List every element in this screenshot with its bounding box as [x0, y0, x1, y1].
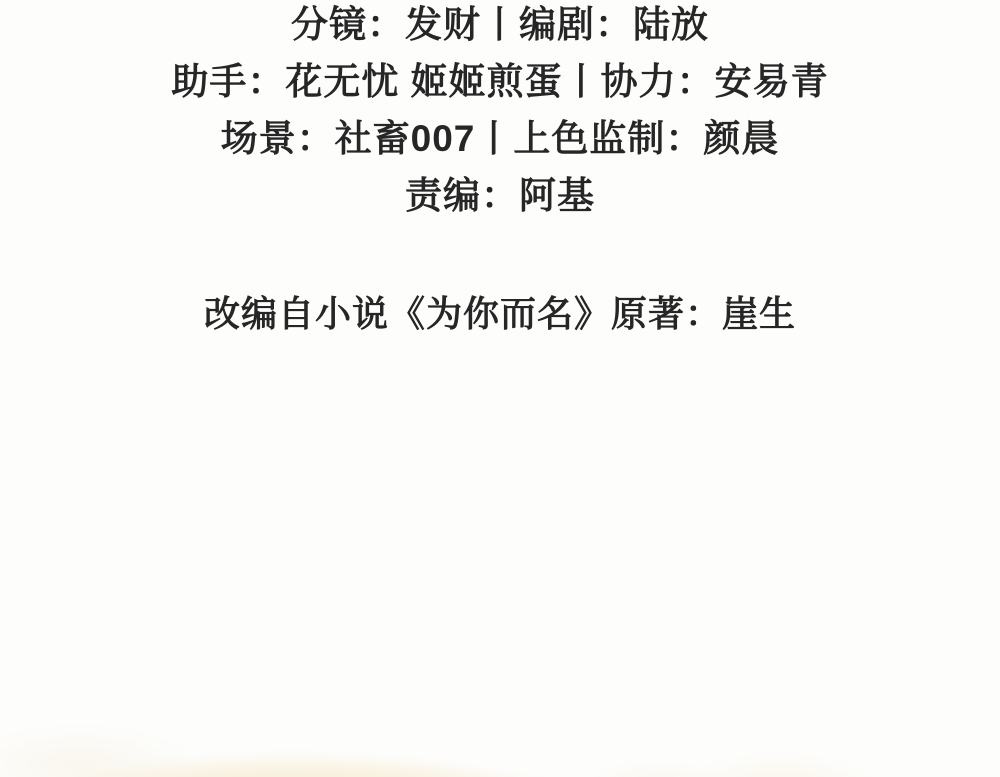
bottom-artwork-fade [0, 717, 1000, 777]
credits-block: 分镜：发财丨编剧：陆放 助手：花无忧 姬姬煎蛋丨协力：安易青 场景：社畜007丨… [0, 0, 1000, 342]
credit-line-storyboard-script: 分镜：发财丨编剧：陆放 [0, 0, 1000, 53]
adaptation-note: 改编自小说《为你而名》原著：崖生 [0, 285, 1000, 342]
comic-credits-page: 分镜：发财丨编剧：陆放 助手：花无忧 姬姬煎蛋丨协力：安易青 场景：社畜007丨… [0, 0, 1000, 777]
credit-line-editor: 责编：阿基 [0, 167, 1000, 224]
credit-line-scene-color-supervision: 场景：社畜007丨上色监制：颜晨 [0, 110, 1000, 167]
credit-line-assistants-support: 助手：花无忧 姬姬煎蛋丨协力：安易青 [0, 53, 1000, 110]
